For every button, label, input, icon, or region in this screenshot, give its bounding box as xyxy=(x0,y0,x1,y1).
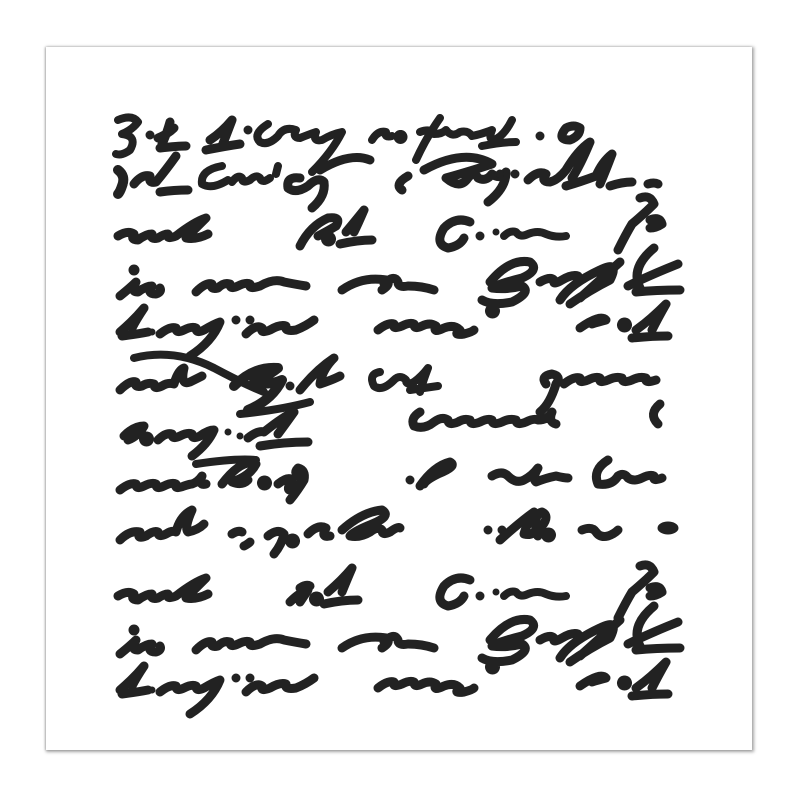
script-line-7 xyxy=(124,402,660,456)
script-line-10 xyxy=(118,565,662,618)
script-line-2 xyxy=(118,142,658,208)
script-line-6 xyxy=(120,355,656,412)
script-line-5 xyxy=(120,304,668,356)
script-line-1 xyxy=(116,117,580,172)
script-line-12 xyxy=(120,662,668,714)
script-line-9 xyxy=(120,510,678,554)
script-line-3 xyxy=(118,197,662,250)
handwriting-script-pattern xyxy=(0,0,800,800)
script-line-4 xyxy=(120,248,680,314)
script-line-11 xyxy=(120,606,680,670)
script-line-8 xyxy=(120,460,662,501)
